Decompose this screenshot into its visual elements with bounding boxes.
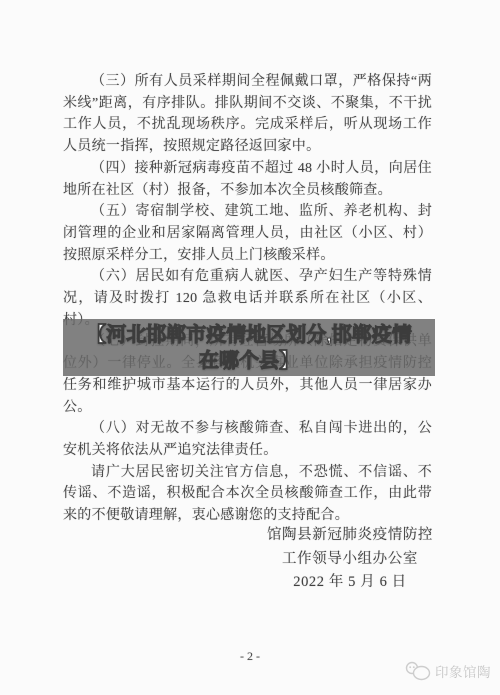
paragraph-4: （四）接种新冠病毒疫苗不超过 48 小时人员，向居住地所在社区（村）报备，不参加… bbox=[63, 158, 432, 201]
document-page: （三）所有人员采样期间全程佩戴口罩，严格保持“两米线”距离，有序排队。排队期间不… bbox=[0, 0, 500, 695]
brand-logo-icon bbox=[404, 660, 431, 681]
paragraph-3: （三）所有人员采样期间全程佩戴口罩，严格保持“两米线”距离，有序排队。排队期间不… bbox=[63, 71, 432, 158]
signature-block: 馆陶县新冠肺炎疫情防控 工作领导小组办公室 2022 年 5 月 6 日 bbox=[250, 524, 450, 595]
document-text: （三）所有人员采样期间全程佩戴口罩，严格保持“两米线”距离，有序排队。排队期间不… bbox=[63, 71, 432, 527]
paragraph-8: （八）对无故不参与核酸筛查、私自闯卡进出的，公安机关将依法从严追究法律责任。 bbox=[63, 418, 432, 461]
watermark-banner: 【河北邯郸市疫情地区划分,邯郸疫情在哪个县】 bbox=[63, 319, 435, 376]
signature-org-line2: 工作领导小组办公室 bbox=[250, 548, 450, 572]
closing-paragraph: 请广大居民密切关注官方信息，不恐慌、不信谣、不传谣、不造谣，积极配合本次全员核酸… bbox=[63, 462, 432, 527]
paragraph-5: （五）寄宿制学校、建筑工地、监所、养老机构、封闭管理的企业和居家隔离管理人员，由… bbox=[63, 201, 432, 266]
signature-org-line1: 馆陶县新冠肺炎疫情防控 bbox=[250, 524, 450, 548]
brand-watermark: 印象馆陶 bbox=[404, 660, 491, 681]
signature-date: 2022 年 5 月 6 日 bbox=[250, 571, 450, 595]
brand-name: 印象馆陶 bbox=[435, 661, 491, 681]
watermark-banner-text: 【河北邯郸市疫情地区划分,邯郸疫情在哪个县】 bbox=[79, 322, 419, 374]
